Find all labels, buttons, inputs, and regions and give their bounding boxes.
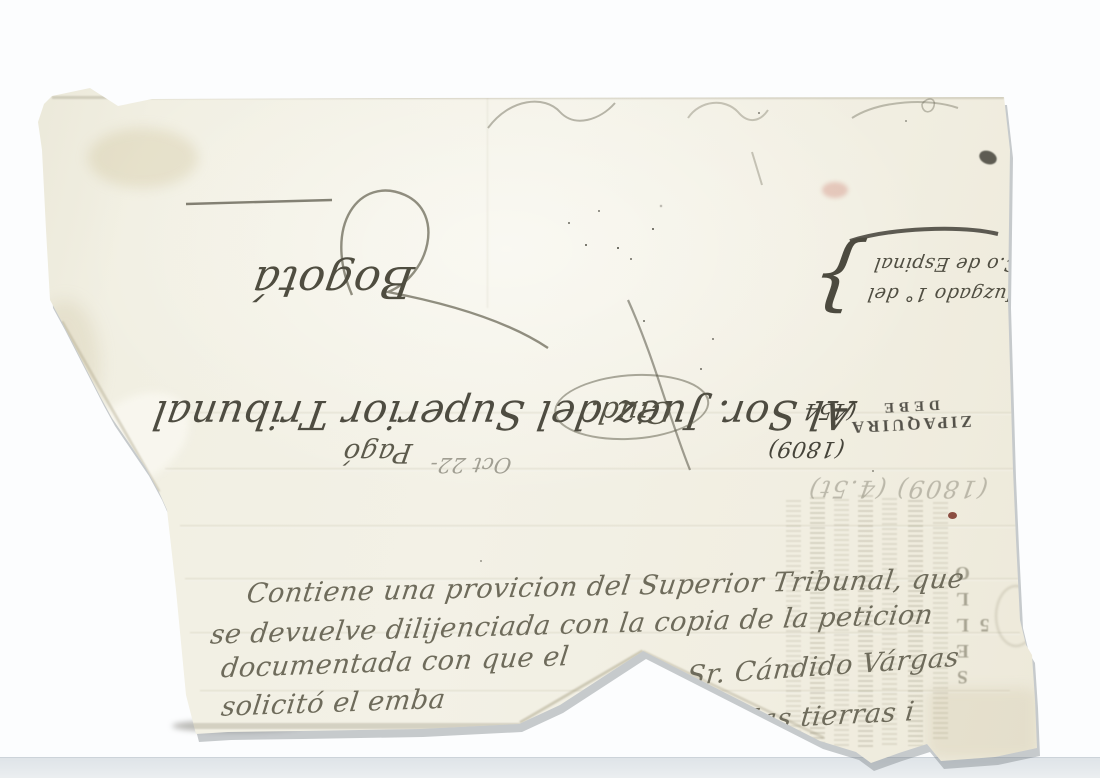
stain [30,300,100,430]
fold-crease [180,525,1030,528]
scanner-background-strip [0,757,1100,778]
bleedthrough-ring [995,585,1037,647]
court-line1: Juzgado 1° del [865,279,1017,308]
ink-dot [948,512,957,519]
court-annotation: Juzgado 1° del C.o de Espinal } [764,226,1026,331]
stain [822,182,848,198]
pencil-date-note: Oct 22- [411,430,533,476]
vertical-crease [487,98,489,308]
ciudad-oval-flourish [550,371,713,442]
pencil-faint-numbers: (1809) (4.5t) [738,450,1061,502]
ink-smudge [977,148,999,167]
postal-stamp-zipaquira-debe: ZIPAQUIRA DEBE [841,359,977,438]
note-line-3-right: Sr. Cándido Várgas [685,642,970,692]
court-line2: C.o de Espinal [870,249,1022,278]
ciudad-abbreviation: Ciud. [545,356,719,442]
manuscript-paper: SELLO 5 Bogotá Al Sor. Juez del Superior… [0,0,1100,778]
dust-specks [0,0,2,2]
court-brace: } [805,242,869,316]
court-lines: Juzgado 1° del C.o de Espinal [865,249,1021,308]
paper-top-edge [52,96,1004,99]
scanned-document: SELLO 5 Bogotá Al Sor. Juez del Superior… [0,0,1100,778]
stain [88,128,198,188]
place-name: Bogotá [164,206,431,306]
